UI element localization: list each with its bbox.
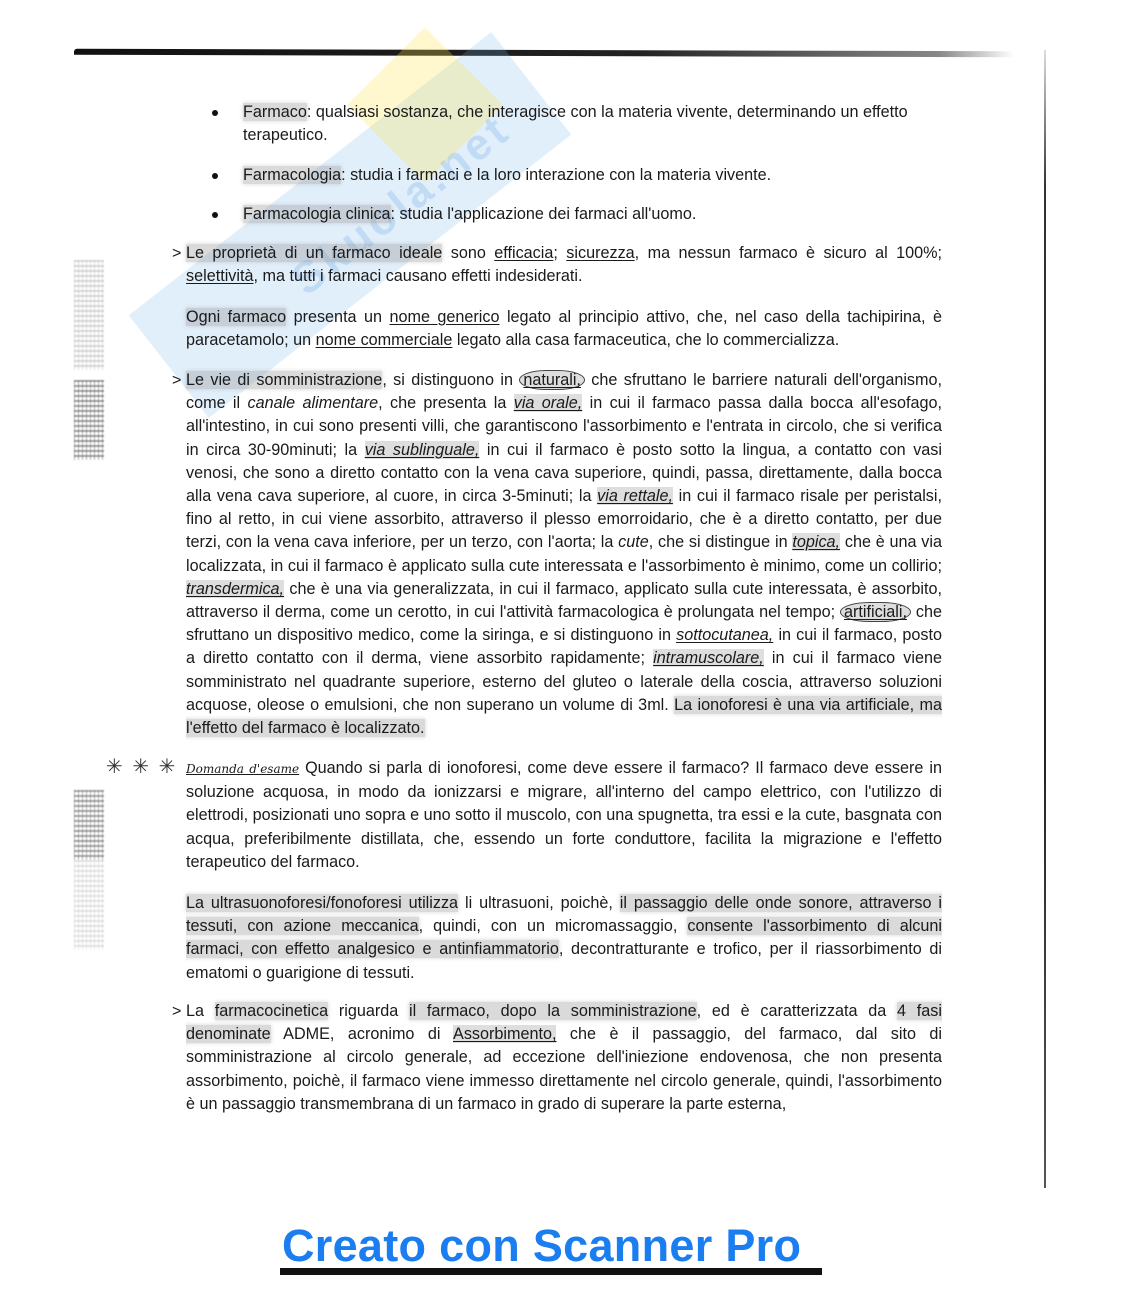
term: Farmacologia clinica: [243, 205, 391, 223]
scan-artifact: [74, 790, 104, 860]
circled-keyword: artificiali,: [840, 602, 911, 622]
asterisk-marks-icon: ✳ ✳ ✳: [106, 756, 177, 779]
definition: : qualsiasi sostanza, che interagisce co…: [243, 103, 908, 144]
highlight: Ogni farmaco: [186, 308, 286, 326]
scanner-pro-link[interactable]: Creato con Scanner Pro: [282, 1220, 801, 1272]
term: Farmacologia: [243, 166, 341, 184]
keyword: nome commerciale: [316, 331, 453, 349]
keyword: via orale,: [514, 394, 583, 412]
circled-keyword: naturali,: [519, 370, 585, 390]
definition-item: Farmacologia: studia i farmaci e la loro…: [212, 164, 952, 187]
text: li ultrasuoni, poichè,: [458, 894, 620, 912]
keyword: Assorbimento,: [453, 1025, 556, 1043]
arrow-marker-icon: >: [172, 242, 181, 265]
text: , che si distingue in: [649, 533, 793, 551]
link-underline: [280, 1268, 822, 1275]
definition: : studia i farmaci e la loro interazione…: [341, 166, 771, 184]
text: , che presenta la: [378, 394, 514, 412]
highlight: Le vie di somministrazione: [186, 371, 382, 389]
bullet-icon: [212, 173, 218, 179]
text: , ed è caratterizzata da: [697, 1002, 897, 1020]
keyword: sicurezza: [566, 244, 634, 262]
keyword: topica,: [792, 533, 840, 551]
text: presenta un: [286, 308, 389, 326]
keyword: via rettale,: [597, 487, 673, 505]
paragraph-drug-names: Ogni farmaco presenta un nome generico l…: [186, 306, 942, 352]
paragraph-ideal-drug: > Le proprietà di un farmaco ideale sono…: [186, 242, 942, 288]
text: , si distinguono in: [382, 371, 519, 389]
keyword: selettività: [186, 267, 253, 285]
highlight: Le proprietà di un farmaco ideale: [186, 244, 442, 262]
arrow-marker-icon: >: [172, 369, 181, 392]
term: Farmaco: [243, 103, 307, 121]
keyword: intramuscolare,: [653, 649, 764, 667]
text: ADME, acronimo di: [271, 1025, 453, 1043]
definition-item: Farmacologia clinica: studia l'applicazi…: [212, 203, 952, 226]
highlight: farmacocinetica: [215, 1002, 328, 1020]
text: , ma tutti i farmaci causano effetti ind…: [253, 267, 582, 285]
paragraph-ultrasound: La ultrasuonoforesi/fonoforesi utilizza …: [186, 892, 942, 985]
text: riguarda: [328, 1002, 409, 1020]
page-right-edge: [1044, 50, 1046, 1188]
text: , quindi, con un micromassaggio,: [419, 917, 688, 935]
text: che è una via generalizzata, in cui il f…: [186, 580, 942, 621]
paragraph-exam-question: Domanda d'esame Quando si parla di ionof…: [186, 757, 942, 874]
paragraph-administration-routes: > Le vie di somministrazione, si disting…: [186, 369, 942, 740]
bullet-icon: [212, 110, 218, 116]
highlight: il farmaco, dopo la somministrazione: [409, 1002, 697, 1020]
exam-label: Domanda d'esame: [186, 762, 299, 776]
keyword: transdermica,: [186, 580, 284, 598]
text: , ma nessun farmaco è sicuro al 100%;: [635, 244, 942, 262]
italic-term: canale alimentare: [247, 394, 378, 412]
highlight: La ultrasuonoforesi/fonoforesi utilizza: [186, 894, 458, 912]
text: ;: [553, 244, 566, 262]
italic-term: cute: [618, 533, 649, 551]
text: legato alla casa farmaceutica, che lo co…: [452, 331, 839, 349]
scan-artifact: [74, 380, 104, 460]
keyword: via sublinguale,: [365, 441, 480, 459]
keyword: efficacia: [494, 244, 553, 262]
text: sono: [442, 244, 494, 262]
paragraph-pharmacokinetics: > La farmacocinetica riguarda il farmaco…: [186, 1000, 942, 1116]
text: Quando si parla di ionoforesi, come deve…: [186, 759, 942, 871]
keyword: nome generico: [389, 308, 499, 326]
bullet-icon: [212, 212, 218, 218]
definition-item: Farmaco: qualsiasi sostanza, che interag…: [212, 101, 952, 147]
scan-artifact: [74, 860, 104, 950]
text: La: [186, 1002, 215, 1020]
keyword: sottocutanea,: [676, 626, 773, 644]
definition: : studia l'applicazione dei farmaci all'…: [391, 205, 697, 223]
arrow-marker-icon: >: [172, 1000, 181, 1023]
scan-artifact: [74, 260, 104, 370]
